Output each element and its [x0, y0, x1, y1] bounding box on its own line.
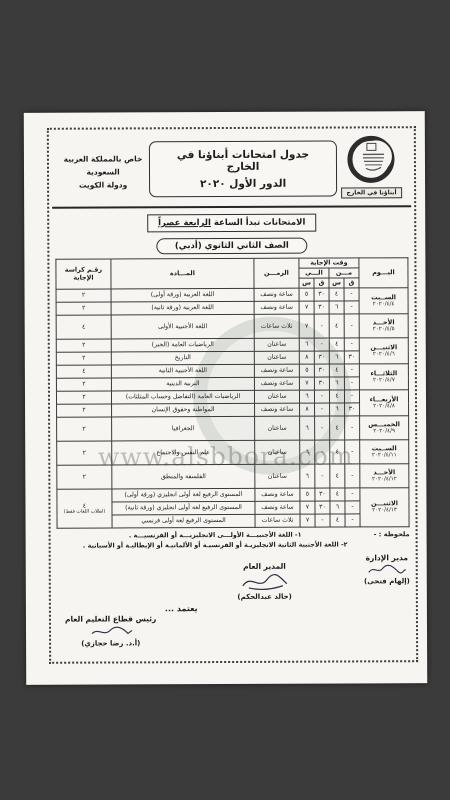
from-minute-cell: - — [345, 501, 360, 514]
from-hour-cell: ٤ — [330, 440, 345, 464]
booklet-cell: ٢ — [57, 404, 112, 417]
handwritten-date: ٢٠١٩/١٢/٥ — [57, 661, 98, 664]
col-header-booklet: رقـم كراسة الإجابة — [56, 259, 111, 289]
from-hour-cell: ٤ — [329, 390, 344, 403]
approval-text: يعتمد ... — [165, 604, 198, 613]
from-hour-cell: ٤ — [330, 464, 345, 488]
booklet-cell: ٢ — [57, 465, 112, 489]
day-date: ٢٠٢٠/٤/٧ — [361, 377, 407, 384]
from-minute-cell: - — [345, 514, 360, 527]
subject-cell: المواطنة وحقوق الإنسان — [112, 403, 255, 417]
subject-cell: الجغرافيا — [112, 416, 255, 441]
day-cell: الثلاثـــاء٢٠٢٠/٤/٧ — [359, 364, 408, 390]
booklet-cell: ٢ — [56, 302, 111, 315]
booklet-number: ٤ — [58, 323, 110, 330]
subject-cell: المستوى الرفيع لغة أولى انجليزي (ورقة أو… — [112, 488, 255, 502]
booklet-number: ٢ — [58, 473, 110, 480]
subject-cell: اللغة العربية (ورقة أولى) — [111, 288, 254, 302]
exam-time-banner: الامتحانات تبدأ الساعة الرابعة عصراً — [147, 214, 316, 233]
subject-cell: المستوى الرفيع لغة أولى فرنسي — [112, 514, 255, 528]
duration-cell: ساعتان — [254, 351, 299, 364]
to-minute-cell: - — [315, 440, 330, 464]
subject-cell: التاريخ — [111, 351, 254, 365]
day-date: ٢٠٢٠/٤/١١ — [361, 452, 407, 459]
col-header-from-hour: س — [329, 278, 344, 288]
from-minute-cell: - — [344, 314, 359, 338]
booklet-number: ٤ — [58, 368, 110, 375]
subject-cell: الرياضيات العامة (الجبر) — [111, 338, 254, 352]
to-minute-cell: - — [315, 416, 330, 440]
from-hour-cell: ٤ — [329, 314, 344, 338]
document-border-frame: أبناؤنا في الخارج جدول امتحانات أبناؤنا … — [47, 126, 418, 664]
duration-cell: ساعتان — [254, 338, 299, 351]
from-minute-cell: - — [344, 301, 359, 314]
scanned-document: www.alsbbora.com أبناؤنا في الخارج — [24, 111, 427, 685]
booklet-note: (لطلاب اللغات فقط) — [58, 509, 110, 515]
col-header-to: الـــي — [299, 268, 329, 278]
exam-time-emphasis: الرابعة عصراً — [158, 218, 211, 228]
to-hour-cell: ٨ — [300, 403, 315, 416]
grade-title: الصف الثاني الثانوي (أدبي) — [156, 238, 308, 255]
col-header-answer-time: وقت الإجابة — [299, 258, 359, 268]
day-cell: الاثنيـــن٢٠٢٠/٤/٦ — [359, 338, 408, 364]
duration-cell: ساعتان — [254, 390, 299, 403]
to-hour-cell: ٧ — [299, 301, 314, 314]
admin-director-signature: مدير الإدارة (إلهام فتحى) — [364, 553, 410, 585]
to-minute-cell: - — [314, 338, 329, 351]
booklet-cell: ٢ — [56, 352, 111, 365]
schedule-row: الخميـــس٢٠٢٠/٤/٩-٤-٦ساعتانالجغرافيا٢ — [57, 416, 409, 442]
booklet-cell: ٢ — [57, 417, 112, 441]
to-hour-cell: ٧ — [300, 501, 315, 514]
booklet-number: ٢ — [58, 394, 110, 401]
from-hour-cell: ٦ — [329, 301, 344, 314]
sector-head-name: (أ.د. رضا حجازي) — [65, 640, 156, 648]
document-title: جدول امتحانات أبناؤنا في الخارج — [162, 149, 324, 174]
booklet-number: ٢ — [58, 355, 110, 362]
schedule-row: الأحـــد٢٠٢٠/٤/١٢-٤-٦ساعتانالفلسفة والمن… — [57, 464, 409, 490]
to-hour-cell: ٥ — [299, 364, 314, 377]
duration-cell: ساعة ونصف — [255, 488, 300, 501]
day-cell: الاثنيـــن٢٠٢٠/٤/١٣ — [360, 488, 409, 527]
from-hour-cell: ٦ — [330, 501, 345, 514]
to-minute-cell: ٣٠ — [315, 501, 330, 514]
subject-cell: الفلسفة والمنطق — [112, 464, 255, 489]
booklet-cell: ٢ — [56, 378, 111, 391]
booklet-number: ٢ — [58, 305, 110, 312]
schedule-row: الأحـــد٢٠٢٠/٤/٥-٤-٧ثلاث ساعاتاللغة الأج… — [56, 314, 408, 340]
from-hour-cell: ٦ — [329, 351, 344, 364]
general-manager-name: (خالد عبدالحكم) — [237, 593, 292, 601]
subject-cell: المستوى الرفيع لغة أولى انجليزي (ورقة ثا… — [112, 501, 255, 515]
booklet-cell: ٢ — [56, 289, 111, 302]
col-header-subject: المـــادة — [111, 258, 254, 289]
admin-director-title: مدير الإدارة — [364, 553, 410, 562]
document-title-box: جدول امتحانات أبناؤنا في الخارج الدور ال… — [149, 141, 337, 198]
duration-cell: ساعة ونصف — [254, 377, 299, 390]
duration-cell: ساعة ونصف — [254, 364, 299, 377]
to-hour-cell: ٦ — [300, 440, 315, 464]
general-manager-title: المدير العام — [237, 562, 292, 571]
booklet-cell: ٢ — [56, 339, 111, 352]
to-minute-cell: - — [315, 514, 330, 527]
from-hour-cell: ٤ — [330, 416, 345, 440]
from-minute-cell: ٣٠ — [345, 403, 360, 416]
booklet-number: ٢ — [58, 381, 110, 388]
subject-cell: اللغة العربية (ورقة ثانية) — [111, 301, 254, 315]
subject-cell: اللغة الأجنبية الأولى — [111, 314, 254, 339]
col-header-to-hour: س — [299, 278, 314, 288]
to-hour-cell: ٧ — [299, 314, 314, 338]
from-minute-cell: - — [345, 416, 360, 440]
from-minute-cell: - — [344, 364, 359, 377]
from-minute-cell: - — [345, 464, 360, 488]
to-hour-cell: ٧ — [299, 377, 314, 390]
booklet-cell: ٤(لطلاب اللغات فقط) — [57, 489, 112, 528]
duration-cell: ساعة ونصف — [254, 301, 299, 314]
to-hour-cell: ٨ — [299, 351, 314, 364]
booklet-number: ٢ — [58, 425, 110, 432]
col-header-day: اليـــوم — [359, 258, 408, 288]
admin-director-scribble-icon — [366, 563, 408, 576]
to-minute-cell: ٣٠ — [314, 288, 329, 301]
booklet-cell: ٢ — [56, 391, 111, 404]
booklet-cell: ٢ — [57, 441, 112, 465]
to-minute-cell: ٣٠ — [314, 351, 329, 364]
from-minute-cell: - — [344, 338, 359, 351]
col-header-to-minute: ق — [314, 278, 329, 288]
schedule-table-head: اليـــوم وقت الإجابة الزمـــن المـــادة … — [56, 258, 408, 290]
subject-cell: الرياضيات العامة (التفاضل وحساب المثلثات… — [111, 390, 254, 404]
region-note-line2: ودولة الكويت — [57, 179, 149, 192]
col-header-duration: الزمـــن — [254, 258, 299, 288]
from-minute-cell: ٣٠ — [344, 351, 359, 364]
schedule-row: الســبت٢٠٢٠/٤/١١-٤-٦ساعتانعلم النفس والا… — [57, 440, 409, 466]
from-hour-cell: ٤ — [330, 488, 345, 501]
day-cell: الخميـــس٢٠٢٠/٤/٩ — [360, 416, 409, 440]
col-header-from: مـــن — [329, 268, 359, 278]
footnote-2: ٢- اللغة الأجنبية الثانية الانجليزيـة أو… — [57, 540, 374, 551]
day-cell: الأحـــد٢٠٢٠/٤/١٢ — [360, 464, 409, 488]
footnotes: ملحوظة : - ١- اللغة الأجنبيـــة الأولـــ… — [57, 530, 410, 551]
logo-caption: أبناؤنا في الخارج — [341, 187, 401, 198]
duration-cell: ساعة ونصف — [255, 501, 300, 514]
from-hour-cell: ٦ — [330, 403, 345, 416]
to-hour-cell: ٦ — [300, 464, 315, 488]
to-minute-cell: - — [314, 390, 329, 403]
to-hour-cell: ٧ — [300, 514, 315, 527]
signature-block: مدير الإدارة (إلهام فتحى) المدير العام (… — [57, 553, 411, 663]
to-minute-cell: - — [315, 464, 330, 488]
region-note-line1: خاص بالمملكة العربية السعودية — [57, 153, 149, 179]
from-minute-cell: - — [345, 488, 360, 501]
from-minute-cell: - — [345, 440, 360, 464]
to-minute-cell: ٣٠ — [314, 364, 329, 377]
day-cell: الأربعـــاء٢٠٢٠/٤/٨ — [359, 390, 408, 416]
to-minute-cell: - — [314, 314, 329, 338]
to-hour-cell: ٦ — [299, 338, 314, 351]
booklet-number: ٢ — [58, 342, 110, 349]
sector-head-signature: رئيس قطاع التعليم العام (أ.د. رضا حجازي) — [65, 615, 157, 648]
duration-cell: ثلاث ساعات — [255, 514, 300, 527]
to-hour-cell: ٦ — [299, 390, 314, 403]
from-hour-cell: ٤ — [329, 338, 344, 351]
to-minute-cell: ٣٠ — [315, 488, 330, 501]
exam-time-text: الامتحانات تبدأ الساعة — [211, 218, 306, 228]
general-manager-signature: المدير العام (خالد عبدالحكم) — [237, 562, 292, 601]
schedule-table-body: الســبت٢٠٢٠/٤/٤-٤٣٠٥ساعة ونصفاللغة العرب… — [56, 288, 409, 529]
col-header-from-minute: ق — [344, 278, 359, 288]
day-date: ٢٠٢٠/٤/٤ — [361, 301, 407, 308]
day-date: ٢٠٢٠/٤/٨ — [361, 403, 407, 410]
booklet-number: ٢ — [58, 407, 110, 414]
subject-cell: علم النفس والاجتماع — [112, 440, 255, 465]
ministry-logo-block: أبناؤنا في الخارج — [337, 134, 406, 198]
sector-head-scribble-icon — [88, 625, 134, 639]
booklet-number: ٢ — [58, 292, 110, 299]
duration-cell: ساعة ونصف — [255, 403, 300, 416]
day-cell: الســبت٢٠٢٠/٤/٤ — [359, 288, 408, 314]
sector-head-title: رئيس قطاع التعليم العام — [65, 615, 156, 624]
day-date: ٢٠٢٠/٤/١٢ — [361, 476, 407, 483]
day-date: ٢٠٢٠/٤/٦ — [361, 351, 407, 358]
subject-cell: التربية الدينية — [111, 377, 254, 391]
from-hour-cell: ٤ — [329, 364, 344, 377]
duration-cell: ساعتان — [255, 464, 300, 488]
exam-schedule-table: اليـــوم وقت الإجابة الزمـــن المـــادة … — [55, 257, 409, 529]
day-date: ٢٠٢٠/٤/٥ — [361, 326, 407, 333]
booklet-number: ٢ — [58, 449, 110, 456]
subject-cell: اللغة الأجنبية الثانية — [111, 364, 254, 378]
from-minute-cell: - — [344, 377, 359, 390]
day-date: ٢٠٢٠/٤/١٣ — [361, 508, 407, 515]
day-date: ٢٠٢٠/٤/٩ — [361, 428, 407, 435]
region-note: خاص بالمملكة العربية السعودية ودولة الكو… — [57, 153, 149, 192]
general-manager-scribble-icon — [239, 572, 291, 592]
to-hour-cell: ٥ — [299, 288, 314, 301]
duration-cell: ساعتان — [255, 440, 300, 464]
duration-cell: ساعة ونصف — [254, 288, 299, 301]
document-subtitle: الدور الأول ٢٠٢٠ — [162, 178, 324, 191]
from-minute-cell: - — [344, 390, 359, 403]
to-hour-cell: ٦ — [300, 416, 315, 440]
header-divider — [52, 205, 411, 209]
admin-director-name: (إلهام فتحى) — [364, 577, 410, 585]
booklet-cell: ٤ — [56, 315, 111, 339]
ministry-emblem-icon — [346, 134, 396, 184]
duration-cell: ثلاث ساعات — [254, 314, 299, 338]
to-minute-cell: - — [315, 403, 330, 416]
duration-cell: ساعتان — [255, 416, 300, 440]
viewer-background: www.alsbbora.com أبناؤنا في الخارج — [0, 0, 450, 800]
to-minute-cell: ٣٠ — [314, 377, 329, 390]
footnote-label: ملحوظة : - — [374, 530, 410, 538]
from-hour-cell: ٦ — [329, 377, 344, 390]
to-minute-cell: ٣٠ — [314, 301, 329, 314]
document-header: أبناؤنا في الخارج جدول امتحانات أبناؤنا … — [55, 132, 408, 200]
day-cell: الأحـــد٢٠٢٠/٤/٥ — [359, 314, 408, 338]
day-cell: الســبت٢٠٢٠/٤/١١ — [360, 440, 409, 464]
from-hour-cell: ٤ — [330, 514, 345, 527]
to-hour-cell: ٥ — [300, 488, 315, 501]
from-minute-cell: - — [344, 288, 359, 301]
booklet-cell: ٤ — [56, 365, 111, 378]
from-hour-cell: ٤ — [329, 288, 344, 301]
